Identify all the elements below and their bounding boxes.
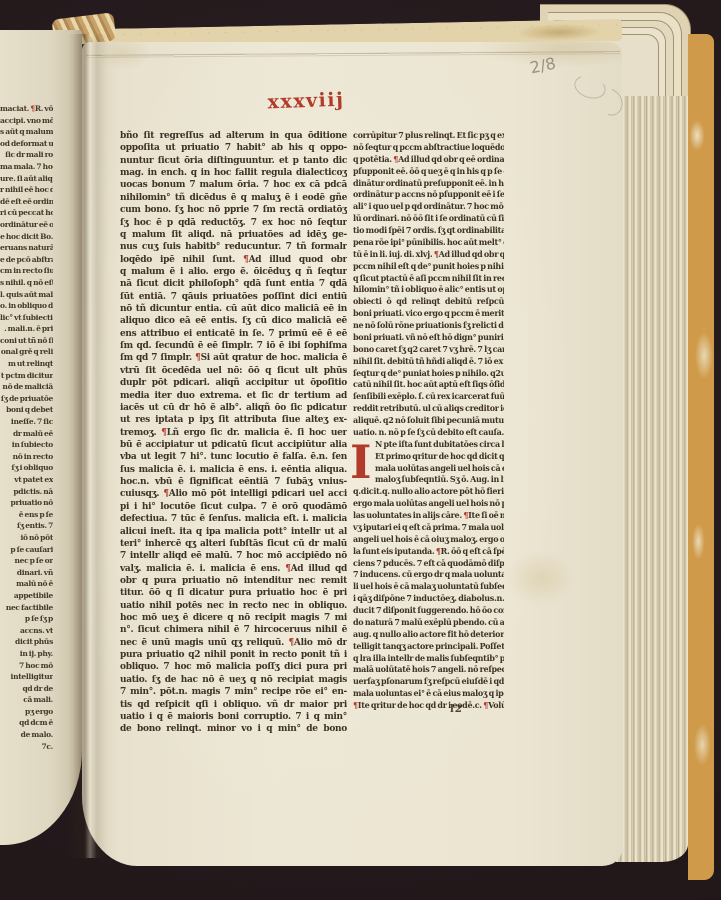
text-line: t pctm dicitur bbox=[0, 370, 53, 382]
text-line: q malum ē i alio. ergo ē. ōicēduʒ q ñ ſe… bbox=[120, 266, 347, 278]
text-line: nec factibile bbox=[0, 602, 53, 614]
text-line: p ſe cauſari bbox=[0, 544, 53, 556]
text-line: do naturā 7 malū exēplū pbendo. cū aūt d… bbox=[353, 617, 504, 629]
text-line: lic° vt ſubiecti. bbox=[0, 312, 53, 324]
text-line: nec ē unū magis unū qʒ reliquū. ¶Alio mō… bbox=[120, 637, 347, 649]
text-line: e de pcō abſtra bbox=[0, 254, 53, 266]
text-line: ut res iptata p ipʒ ſit attributa ſiue a… bbox=[120, 414, 347, 426]
facing-page-text-column: maciat. ¶R. vōaccipi. vno mōs aūt q malu… bbox=[0, 103, 53, 752]
text-line: ne nō ſolū rōne priuationis ſʒ relicti d… bbox=[353, 320, 504, 332]
text-line: ſūt entiā. 7 qāuis priuatōes poſſint dic… bbox=[120, 291, 347, 303]
pilcrow-mark: ¶ bbox=[30, 104, 34, 113]
text-line: hoc.n. vbū ē ſignificat eēntiā 7 ſubāʒ v… bbox=[120, 476, 347, 488]
text-line: loqēdo ipē nihil ſunt. ¶Ad illud quod ob… bbox=[120, 254, 347, 266]
text-line: qd dr de bbox=[0, 683, 53, 695]
text-line: ſʒ i obliquo bbox=[0, 462, 53, 474]
text-line: boni q debet bbox=[0, 404, 53, 416]
pilcrow-mark: ¶ bbox=[243, 255, 248, 265]
pilcrow-mark: ¶ bbox=[285, 564, 290, 574]
pilcrow-mark: ¶ bbox=[434, 249, 439, 259]
text-line: ſenſibili exēplo. ſ. cū rex icarcerat fu… bbox=[353, 391, 504, 403]
text-line: maloʒ ſubſeqntiū. Sʒ ō. Aug. in li. lxxx… bbox=[353, 474, 504, 486]
text-line: ſʒ de priuatōe bbox=[0, 393, 53, 405]
text-line: ſm qd. ſecundū ē eē ſimplr. 7 iō ē ibi ſ… bbox=[120, 340, 347, 352]
text-line: malā uolūtatē hois 7 angeli. nō reſpectu… bbox=[353, 664, 504, 676]
text-line: angeli uel hois ē cā oiuʒ maloʒ. ergo oi… bbox=[353, 534, 504, 546]
text-line: 7 min°. pōt.n. magis 7 min° recipe rōe e… bbox=[120, 686, 347, 698]
text-line: pena rōe ipi° pūnibilis. hoc aūt melt° d… bbox=[353, 237, 504, 249]
text-line: nō de maliciā bbox=[0, 381, 53, 393]
text-line: aug. q nullo alio actore fit hō deterior… bbox=[353, 629, 504, 641]
text-line: nus cuʒ ſuis habitb° reducuntur. 7 tñ fo… bbox=[120, 241, 347, 253]
text-line: priuatio nō bbox=[0, 497, 53, 509]
text-line: n°. ſicut chimera nihil ē 7 hircoceruus … bbox=[120, 624, 347, 636]
text-line: obliquo. 7 hoc mō malicia poſſʒ dici pur… bbox=[120, 661, 347, 673]
text-line: ma mala. 7 hoc bbox=[0, 161, 53, 173]
text-line: nihil ſit. debitū tñ hñdi aliqd ē. 7 iō … bbox=[353, 356, 504, 368]
text-line: ſic dr mali ro bbox=[0, 149, 53, 161]
text-line: ineſſe. 7 ſic bbox=[0, 416, 53, 428]
text-line: onal grē q reli bbox=[0, 346, 53, 358]
text-line: tio modi ſpēi 7 ordis. ſʒ qt ordinabilit… bbox=[353, 225, 504, 237]
text-line: la ſunt eis iputanda. ¶R. ōō q eſt cā ſp… bbox=[353, 546, 504, 558]
text-line: boni priuati. vñ nō eſt hō dign° puniri … bbox=[353, 332, 504, 344]
parchment-board-edge bbox=[688, 34, 714, 880]
text-line: uatio. ſʒ de hac nō ē ueʒ q nō recipiat … bbox=[120, 674, 347, 686]
text-line: q lra illa intellr de malis ſubſeqntib° … bbox=[353, 653, 504, 665]
folio-number: xxxviij bbox=[258, 88, 355, 113]
text-line: cā mali. bbox=[0, 694, 53, 706]
text-line: ri cū peccat hoʒ bbox=[0, 207, 53, 219]
gutter-shadow bbox=[68, 34, 108, 858]
text-line: nō tñ dicuntur entia. cū aūt dico malici… bbox=[120, 303, 347, 315]
text-line: in ſubiecto bbox=[0, 439, 53, 451]
text-line: titur. ōō q ſi dicatur pura priuatio hoc… bbox=[120, 587, 347, 599]
text-line: valʒ. malicia ē. i. malicia ē ens. ¶Ad i… bbox=[120, 563, 347, 575]
text-line: ergo mala uolūtas angeli uel hois nō pōt… bbox=[353, 498, 504, 510]
text-line: in ij. phy. bbox=[0, 648, 53, 660]
text-line: pſupponit eē. ōō q ueʒ ē q in his q p ſe… bbox=[353, 166, 504, 178]
text-line: pdictis. nā bbox=[0, 486, 53, 498]
text-line: accipi. vno mō bbox=[0, 115, 53, 127]
text-line: vtrū ſit ōcedēda uel nō: ōō q ſicut ult … bbox=[120, 365, 347, 377]
text-line: s nihil. q nō eſt. bbox=[0, 277, 53, 289]
text-line: i qāʒ diſpōne 7 inductōeʒ. diabolus.n. i… bbox=[353, 593, 504, 605]
text-line: 7c. bbox=[0, 741, 53, 753]
text-line: teri° inhercē qʒ alteri ſubſtās ſicut cū… bbox=[120, 538, 347, 550]
text-line: obr q pura priuatio nō intenditur nec re… bbox=[120, 575, 347, 587]
text-line: intelligitur bbox=[0, 671, 53, 683]
pilcrow-mark: ¶ bbox=[288, 638, 293, 648]
text-line: r nihil eē hoc dr bbox=[0, 184, 53, 196]
text-line: N pte iſta ſunt dubitatōes circa lit. bbox=[353, 439, 504, 451]
text-line: . mali.n. ē pri bbox=[0, 323, 53, 335]
text-line: nihilomin° tñ dicēdus ē q maluʒ ē i eodē… bbox=[120, 192, 347, 204]
text-line: maciat. ¶R. vō bbox=[0, 103, 53, 115]
text-line: eruans naturā. bbox=[0, 242, 53, 254]
text-line: defectiua. 7 tūc ē ſenſus. malicia eſt. … bbox=[120, 513, 347, 525]
text-line: dē eſt eē ordina bbox=[0, 196, 53, 208]
text-line: bño ſit regreſſus ad alterum in qua ōdit… bbox=[120, 130, 347, 142]
text-line: uatio nihil potēs nec in recto nec in ob… bbox=[120, 600, 347, 612]
text-line: tis qd reſpicit qſi i obliquo. vñ dr mai… bbox=[120, 699, 347, 711]
text-line: nuntur ſicut ōria diſtinguuntur. et p ta… bbox=[120, 155, 347, 167]
rubricated-initial: I bbox=[350, 439, 372, 485]
pencil-inscription: 2/8 bbox=[528, 54, 557, 78]
text-line: uatio i q ē maioris boni corruptio. 7 i … bbox=[120, 711, 347, 723]
text-line: bono caret ſʒ q2 caret 7 vʒ hrē. 7 lʒ ca… bbox=[353, 344, 504, 356]
text-column-right: corrūpitur 7 plus relinqt. Et ſic pʒ q e… bbox=[353, 130, 504, 712]
text-line: lū ordinari. nō ōō ſit i ſe ordinatū cū … bbox=[353, 213, 504, 225]
text-line: dinari. vñ bbox=[0, 567, 53, 579]
text-line: las uoluntates in alijs cāre. ¶Ite ſi oē… bbox=[353, 510, 504, 522]
text-line: mala uoluntas ei° ē cā eius maloʒ q ipē … bbox=[353, 688, 504, 700]
text-line: 7 hoc mō bbox=[0, 660, 53, 672]
text-line: vba ut legit 7 hi°. tunc locutio ē falſa… bbox=[120, 451, 347, 463]
text-line: ē ens p ſe bbox=[0, 509, 53, 521]
book-photograph: maciat. ¶R. vōaccipi. vno mōs aūt q malu… bbox=[0, 0, 721, 900]
text-line: aliquo dico eā eē entis. ſʒ cū dico mali… bbox=[120, 315, 347, 327]
text-line: mag. in ench. q in hoc fallit regula dia… bbox=[120, 167, 347, 179]
text-line: oppoſita ut priuatio 7 habit° ab his q o… bbox=[120, 142, 347, 154]
text-line: accns. vt bbox=[0, 625, 53, 637]
pilcrow-mark: ¶ bbox=[353, 700, 358, 710]
text-line: q potētia. ¶Ad illud qd obr q eē ordinat… bbox=[353, 154, 504, 166]
text-line: nō ſeqtur q pccm abſtractiue loquēdo ſic… bbox=[353, 142, 504, 154]
text-line: duplr pōt pdicari. aliqñ accipitur ut ōp… bbox=[120, 377, 347, 389]
text-line: ordinātur p accns nō pſupponit eē i ſe ſ… bbox=[353, 189, 504, 201]
text-line: dinātur ordinatū preſupponit eē. in his … bbox=[353, 178, 504, 190]
text-line: s aūt q malum bbox=[0, 126, 53, 138]
text-line: ſʒ hoc ē p qdā reductōʒ. 7 ex hoc nō ſeq… bbox=[120, 217, 347, 229]
text-line: pʒ ergo bbox=[0, 706, 53, 718]
pilcrow-mark: ¶ bbox=[195, 353, 200, 363]
text-line: dr malū eē bbox=[0, 428, 53, 440]
text-line: o. in obliquo di bbox=[0, 300, 53, 312]
text-line: q ſicut ptactū ē aſi pccm nihil ſit in r… bbox=[353, 273, 504, 285]
main-page: xxxviij 2/8 bño ſit regreſſus ad alterum… bbox=[82, 42, 622, 866]
text-line: appetibile bbox=[0, 590, 53, 602]
text-line: pura priuatio q2 nihil ponit in recto po… bbox=[120, 649, 347, 661]
text-line: cum bono. ſʒ hoc nō pprie 7 ſm rectā ord… bbox=[120, 204, 347, 216]
text-line: catū nihil ſit. hoc aūt aptū eſt ſiqs ōſ… bbox=[353, 379, 504, 391]
text-line: corrūpitur 7 plus relinqt. Et ſic pʒ q e… bbox=[353, 130, 504, 142]
pilcrow-mark: ¶ bbox=[161, 428, 166, 438]
text-line: li uel hois ē cā malaʒ uoluntatū ſubſeqn… bbox=[353, 581, 504, 593]
text-line: pccm nihil eſt q de° punit hoies p nihil… bbox=[353, 261, 504, 273]
text-line: q malum ſit aliqd. nā priuatōes ad idēʒ … bbox=[120, 229, 347, 241]
text-line: ens attribuo ei enticatē in ſe. 7 primū … bbox=[120, 328, 347, 340]
text-line: boni priuati. vico ergo q pccm ē meritū … bbox=[353, 308, 504, 320]
text-line: dicit phūs bbox=[0, 636, 53, 648]
text-line: uocas bonum 7 malum ōria. 7 hoc ex cā pd… bbox=[120, 179, 347, 191]
text-line: pi i hi° locutōe ſicut culpa. 7 ē orō qu… bbox=[120, 501, 347, 513]
quire-signature: l2 bbox=[450, 704, 463, 715]
text-line: media iter duo extrema. et ſic dr tertiu… bbox=[120, 390, 347, 402]
text-line: m ut relinqt bbox=[0, 358, 53, 370]
text-line: uatio. n. nō p ſe ſʒ cū debito eſt cauſa… bbox=[353, 427, 504, 439]
text-line: aliquē. q2 nō ſoluit ſibi pecuniā mutuat… bbox=[353, 415, 504, 427]
text-line: 7 intellr aliqd eē malū. 7 hoc mō accipi… bbox=[120, 550, 347, 562]
text-line: Et primo qritur de hoc qd dicit q bbox=[353, 451, 504, 463]
text-line: nec p ſe or bbox=[0, 555, 53, 567]
text-line: iacēs ut cū dr hō ē alb°. aliqñ ōo ſic p… bbox=[120, 402, 347, 414]
text-line: l. quis aūt mali bbox=[0, 289, 53, 301]
text-line: hilomin° tñ i obliquo ē alic° entis ut o… bbox=[353, 284, 504, 296]
text-line: cm in recto ſiue bbox=[0, 265, 53, 277]
pilcrow-mark: ¶ bbox=[483, 700, 488, 710]
text-line: bū ē accipiatur ut pdicatū ſicut accipiū… bbox=[120, 439, 347, 451]
text-line: reddit retributū. ul cū aliqs creditor i… bbox=[353, 403, 504, 415]
text-line: de bono relinqt. minor vo i q min° de bo… bbox=[120, 723, 347, 735]
text-line: ducit 7 diſponit ſuggerendo. hō ōo corrū… bbox=[353, 605, 504, 617]
text-line: nō in recto bbox=[0, 451, 53, 463]
text-line: ordinātur eē ordi bbox=[0, 219, 53, 231]
text-line: q.dicit.q. nullo alio actore pōt hō fier… bbox=[353, 486, 504, 498]
text-line: hoc mō ueʒ ē dicere q nō recipit magis 7… bbox=[120, 612, 347, 624]
text-line: malū nō ē bbox=[0, 578, 53, 590]
text-line: ure. ſi aūt aliqs bbox=[0, 173, 53, 185]
text-line: ciens 7 pducēs. 7 eſt cā quodāmō diſpone… bbox=[353, 558, 504, 570]
text-line: nā ſicut dicit philoſoph° qdā ſunt entia… bbox=[120, 278, 347, 290]
text-line: telligit tanqʒ actore principali. Poſſet… bbox=[353, 641, 504, 653]
text-line: qd dcm ē bbox=[0, 717, 53, 729]
text-line: ſus malicia ē. i. malicia ē ens. i. eēnt… bbox=[120, 464, 347, 476]
text-column-left: bño ſit regreſſus ad alterum in qua ōdit… bbox=[120, 130, 347, 736]
text-line: vt patet ex bbox=[0, 474, 53, 486]
text-line: ali° i quo uel p qd ordinātur. 7 hoc mō … bbox=[353, 201, 504, 213]
text-line: cuiusqʒ. ¶Alio mō pōt intelligi pdicari … bbox=[120, 488, 347, 500]
pilcrow-mark: ¶ bbox=[163, 489, 168, 499]
pilcrow-mark: ¶ bbox=[393, 154, 398, 164]
text-line: alicui ineſt. ita q ipa malicia pott° in… bbox=[120, 526, 347, 538]
text-line: obiecti ō qd relinqt debitū reſpcū bbox=[353, 296, 504, 308]
text-line: uerſaʒ pſonarum ſʒ reſpcū eiuſdē i qd pr… bbox=[353, 676, 504, 688]
text-line: mala uolūtas angeli uel hois cā eſt bbox=[353, 463, 504, 475]
fore-edge-page-stack bbox=[616, 96, 688, 862]
pilcrow-mark: ¶ bbox=[463, 510, 468, 520]
text-line: ſʒ entis. 7 bbox=[0, 520, 53, 532]
text-line: vʒ iputari ei q eſt cā prima. 7 mala uol… bbox=[353, 522, 504, 534]
text-line: ſeqtur q de° puniat hoies p nihilo. q2ui… bbox=[353, 368, 504, 380]
text-line: coni ut tñ nō ſit bbox=[0, 335, 53, 347]
text-line: tremoʒ. ¶Lñ ergo ſic dr. malicia ē. ſi h… bbox=[120, 427, 347, 439]
text-line: od deformat ut bbox=[0, 138, 53, 150]
text-line: p ſe ſʒ p bbox=[0, 613, 53, 625]
text-line: iō nō pōt bbox=[0, 532, 53, 544]
pilcrow-mark: ¶ bbox=[436, 546, 441, 556]
text-line: e hoc dicit Bo. bbox=[0, 231, 53, 243]
text-line: 7 inducens. cū ergo dr q mala uoluntas a… bbox=[353, 569, 504, 581]
text-line: de malo. bbox=[0, 729, 53, 741]
text-line: ¶Ite qritur de hoc qd dr i eodē.c. ¶Volū… bbox=[353, 700, 504, 712]
text-line: tū ē in li. iuj. di. xlvj. ¶Ad illud qd … bbox=[353, 249, 504, 261]
text-line: ſm qd 7 ſimplr. ¶Si aūt qratur de hoc. m… bbox=[120, 352, 347, 364]
